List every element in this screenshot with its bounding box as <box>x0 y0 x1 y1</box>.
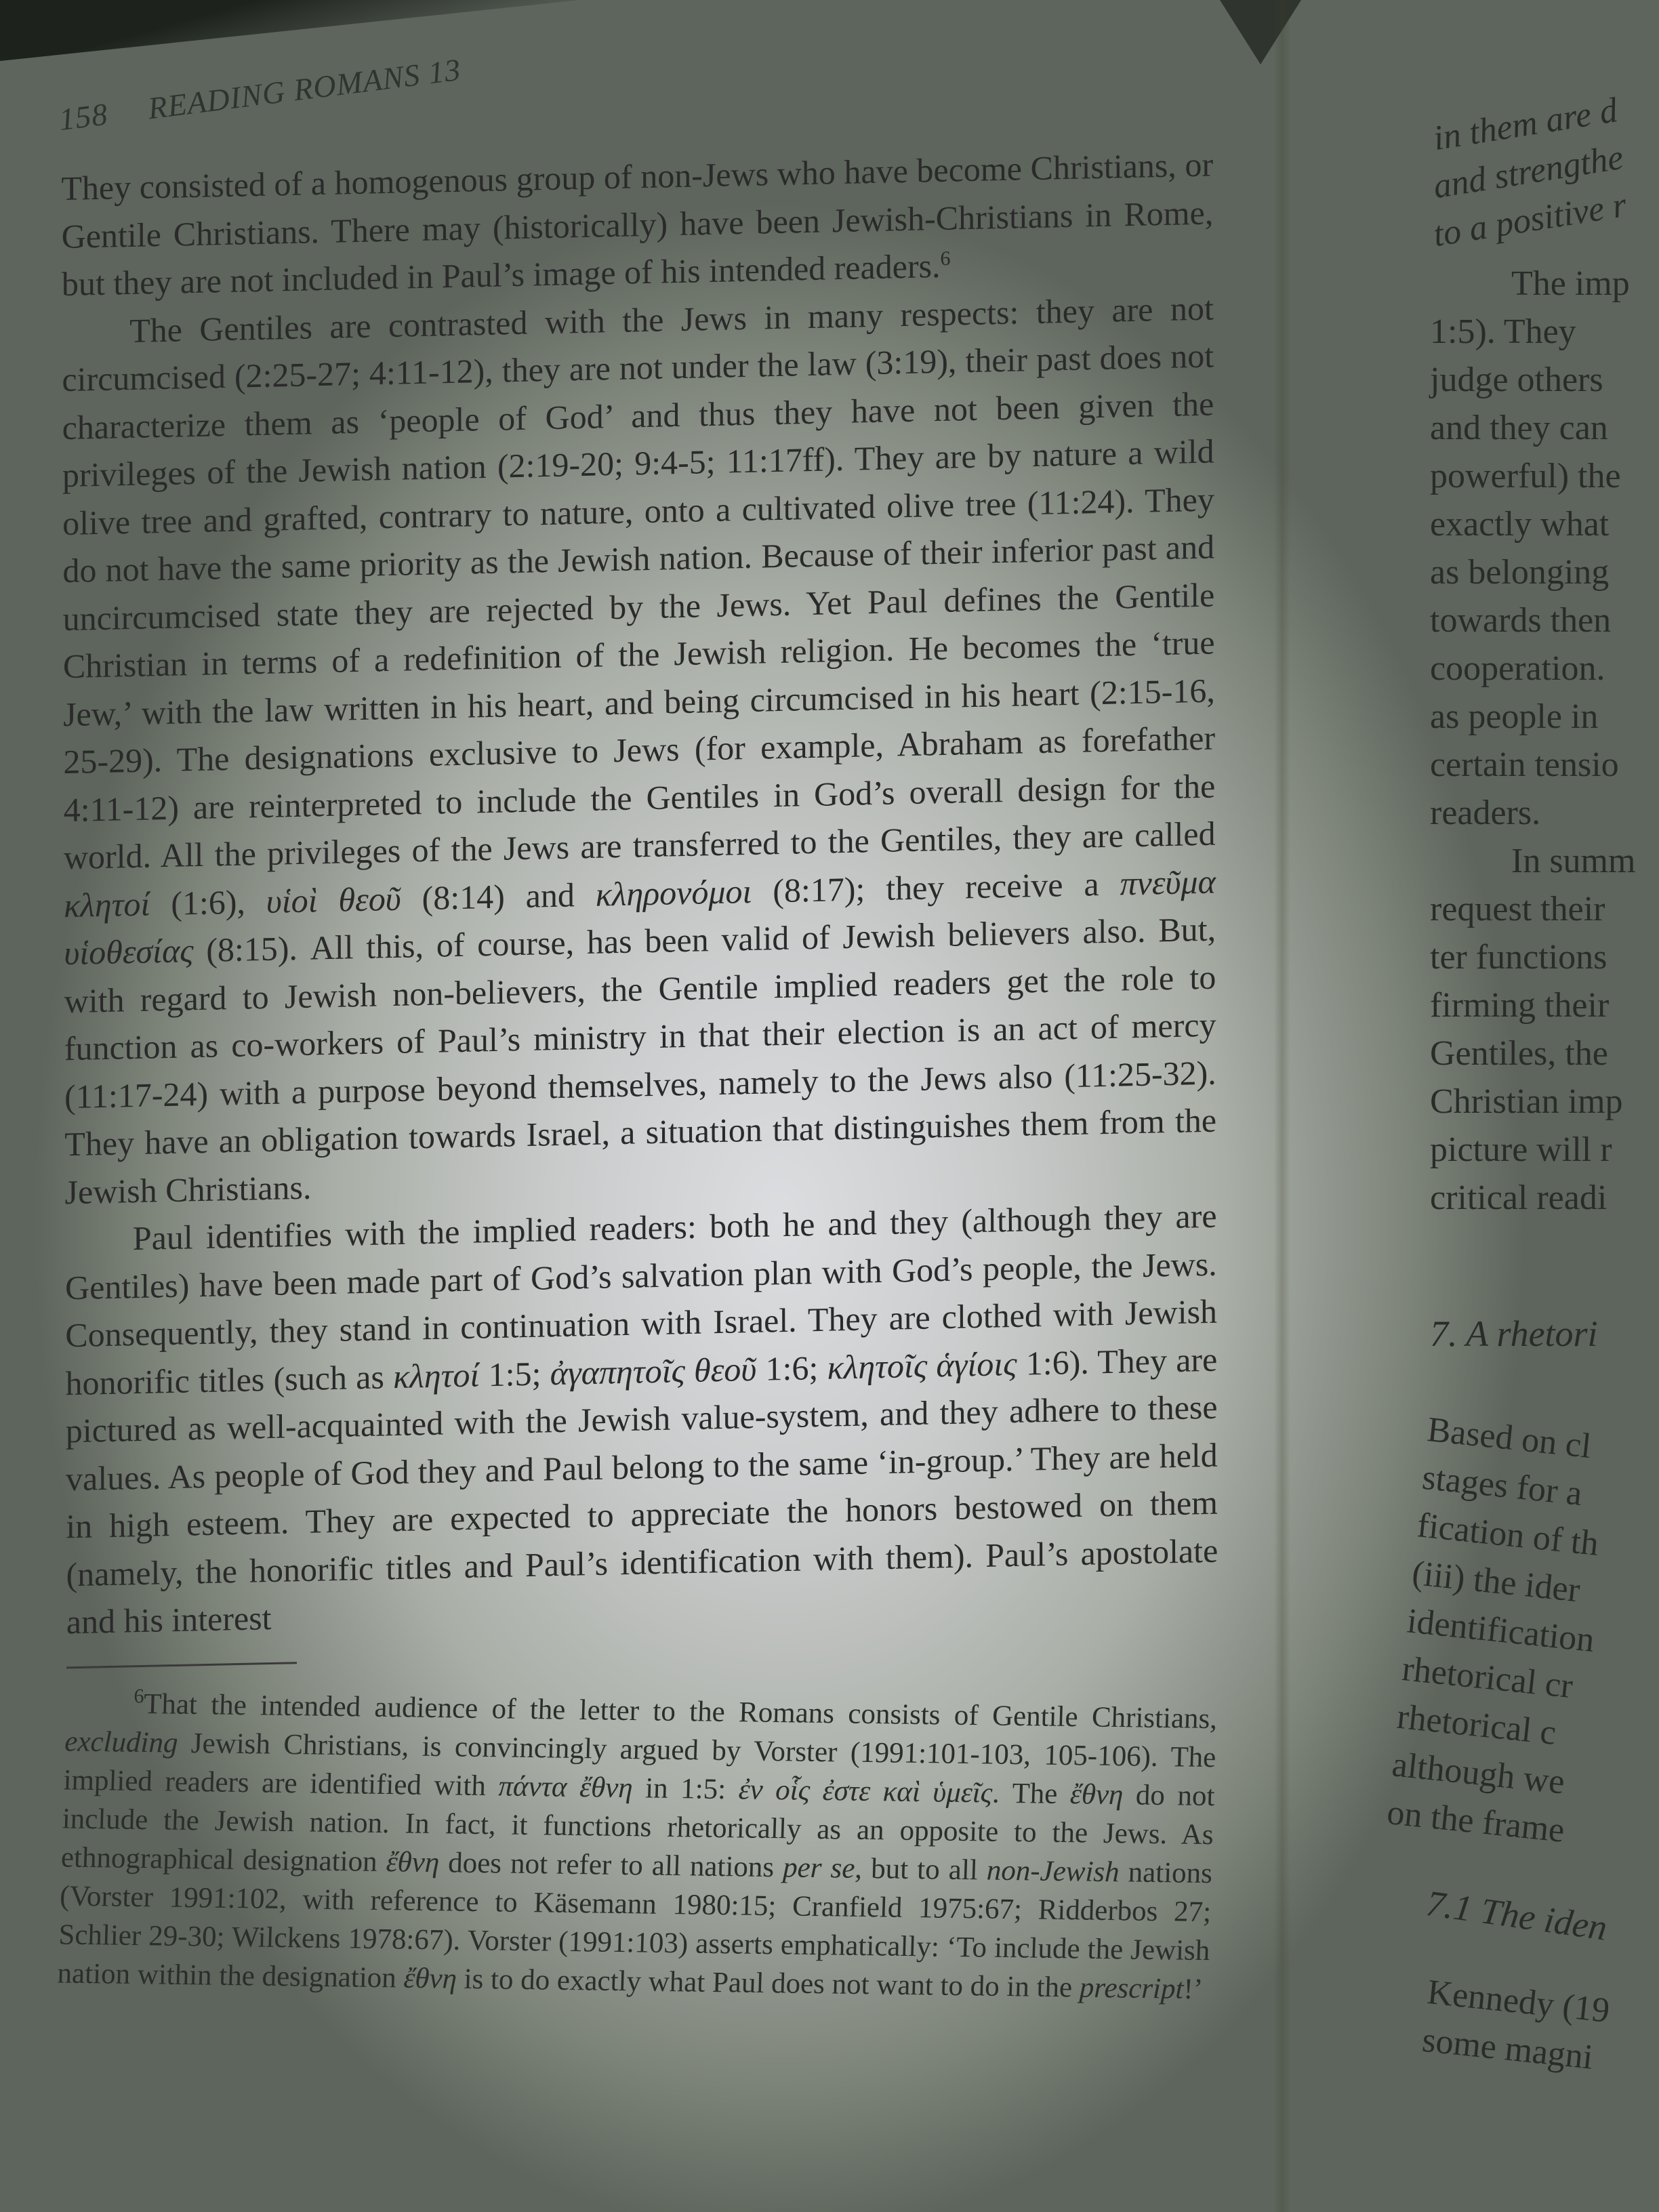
greek-term: ἀγαπητοῖς θεοῦ <box>550 1349 757 1391</box>
greek-term: ἔθνη <box>386 1846 440 1879</box>
paragraph: Paul identifies with the implied readers… <box>65 1192 1218 1646</box>
greek-term: ἔθνη <box>1069 1778 1124 1811</box>
paragraph: The Gentiles are contrasted with the Jew… <box>62 284 1216 1216</box>
text-run: 1:5; <box>479 1354 550 1393</box>
right-page-line: Christian imp <box>1430 1078 1659 1126</box>
italic-term: per se <box>783 1851 856 1884</box>
page-number: 158 <box>58 96 110 137</box>
footnote-marker: 6 <box>134 1685 144 1707</box>
right-page-line: ter functions <box>1430 933 1659 981</box>
greek-term: κληρονόμοι <box>596 872 752 913</box>
right-page-lines-top: in them are dand strengtheto a positive … <box>1430 115 1659 1222</box>
right-page-line: The imp <box>1430 260 1659 308</box>
italic-term: non-Jewish <box>986 1854 1120 1888</box>
greek-term: κλητοί <box>64 884 150 924</box>
text-run: 1:6; <box>756 1348 827 1387</box>
greek-term: ἐν οἷς ἐστε καὶ ὑμεῖς <box>738 1774 993 1809</box>
text-run: (8:15). All this, of course, has been va… <box>64 910 1217 1211</box>
footnote-body: That the intended audience of the letter… <box>57 1687 1218 2005</box>
text-run: They consisted of a homogenous group of … <box>61 145 1213 303</box>
right-page-line: cooperation. <box>1430 644 1659 693</box>
text-run: (1:6), <box>150 882 266 922</box>
right-page-line: request their <box>1430 885 1659 933</box>
right-page-line: critical readi <box>1430 1174 1659 1222</box>
italic-term: excluding <box>64 1725 179 1759</box>
right-page-line: as people in <box>1430 693 1659 741</box>
book-gutter <box>1274 0 1290 2212</box>
right-page: in them are dand strengtheto a positive … <box>1430 115 1659 2064</box>
text-run: (8:17); they receive a <box>752 864 1120 909</box>
italic-term: prescript <box>1079 1971 1184 2005</box>
greek-term: ἔθνη <box>403 1962 457 1994</box>
text-run: in 1:5: <box>632 1772 739 1805</box>
spacer <box>1430 1222 1659 1310</box>
paragraph: They consisted of a homogenous group of … <box>61 140 1213 308</box>
right-page-line: powerful) the <box>1430 452 1659 500</box>
text-run: !’ <box>1183 1973 1204 2005</box>
right-page-line: Gentiles, the <box>1430 1029 1659 1078</box>
text-run: (8:14) and <box>401 875 596 917</box>
footnote-reference: 6 <box>940 247 950 270</box>
right-page-line: exactly what <box>1430 500 1659 548</box>
right-page-line: readers. <box>1430 789 1659 837</box>
body-text: They consisted of a homogenous group of … <box>61 140 1218 1645</box>
text-run: The Gentiles are contrasted with the Jew… <box>62 289 1215 876</box>
right-page-line: judge others <box>1430 356 1659 404</box>
right-page-line: picture will r <box>1430 1126 1659 1174</box>
spacer <box>1430 1358 1659 1406</box>
right-page-line: and they can <box>1430 404 1659 452</box>
footnote-text: 6That the intended audience of the lette… <box>57 1683 1218 2009</box>
text-run: . The <box>991 1777 1070 1810</box>
greek-term: πάντα ἔθνη <box>498 1770 634 1804</box>
running-head-title: READING ROMANS 13 <box>146 52 463 126</box>
right-page-line: towards then <box>1430 596 1659 644</box>
book-spread: 158READING ROMANS 13 They consisted of a… <box>0 0 1659 2212</box>
right-page-line: In summ <box>1430 837 1659 885</box>
greek-term: κλητοῖς ἁγίοις <box>827 1344 1017 1386</box>
text-run: , but to all <box>855 1852 987 1886</box>
text-run: is to do exactly what Paul does not want… <box>456 1963 1080 2003</box>
footnote: 6That the intended audience of the lette… <box>57 1683 1218 2009</box>
footnote-rule <box>66 1662 297 1668</box>
left-page: 158READING ROMANS 13 They consisted of a… <box>61 77 1219 1992</box>
greek-term: κλητοί <box>393 1355 479 1395</box>
right-page-line: 1:5). They <box>1430 308 1659 356</box>
text-run: That the intended audience of the letter… <box>143 1687 1217 1734</box>
greek-term: υἱοὶ θεοῦ <box>266 879 401 920</box>
section-heading: 7. A rhetori <box>1430 1310 1659 1358</box>
right-page-line: certain tensio <box>1430 741 1659 789</box>
right-page-lines-mid: Based on clstages for afication of th(ii… <box>1385 1406 1659 1879</box>
right-page-lines-bottom: Kennedy (19some magni <box>1420 1968 1659 2106</box>
right-page-line: as belonging <box>1430 548 1659 596</box>
right-page-line: firming their <box>1430 981 1659 1029</box>
text-run: does not refer to all nations <box>438 1847 783 1883</box>
